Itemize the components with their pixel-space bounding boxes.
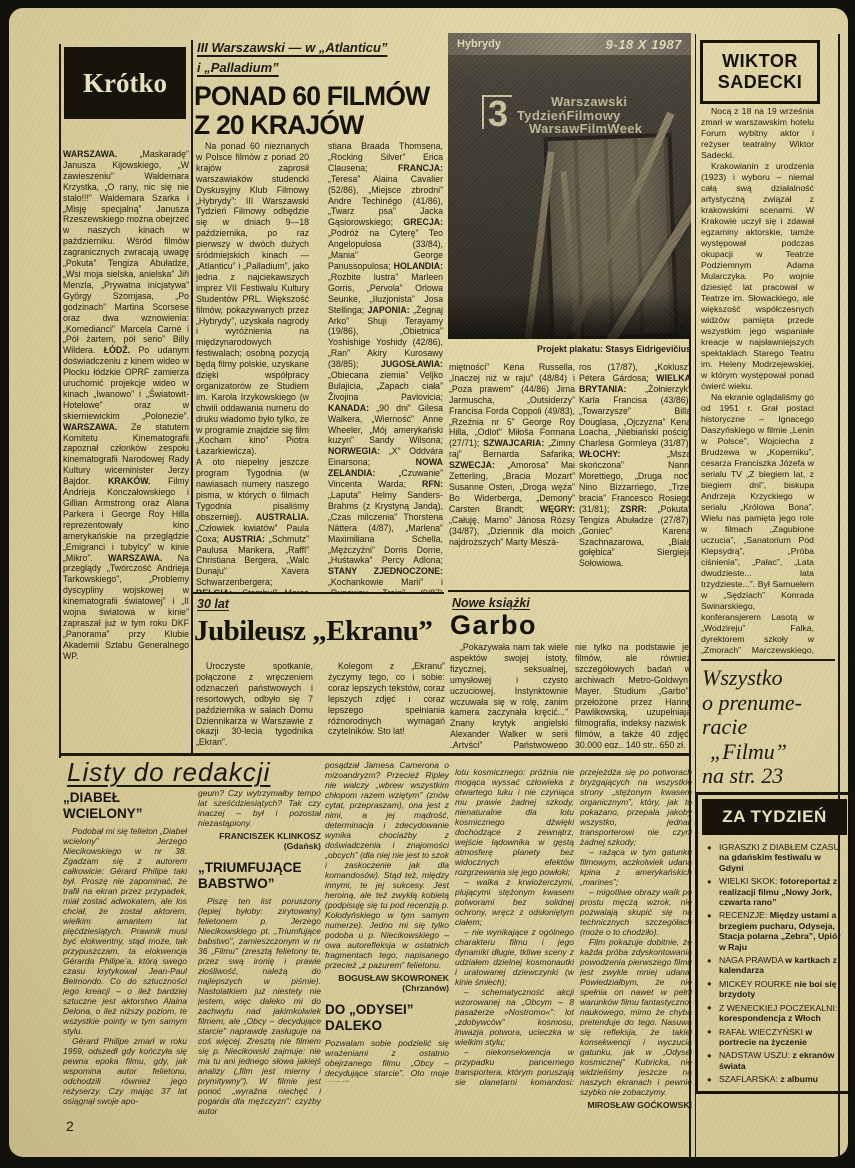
poster-caption: Projekt plakatu: Stasys Eidrigevičius xyxy=(448,344,691,354)
bullet-icon: ● xyxy=(707,956,712,966)
newspaper-page: Krótko WARSZAWA. „Maskaradę” Janusza Kij… xyxy=(0,0,855,1168)
article-column-2: stiana Braada Thomsena, „Rocking Silver”… xyxy=(328,141,443,593)
rule-above-prenumerata xyxy=(701,659,835,661)
letter1-text-part2: geum? Czy wytrzymałby tempo lat sześćdzi… xyxy=(198,788,321,828)
bullet-icon: ● xyxy=(707,843,712,853)
garbo-title: Garbo xyxy=(450,610,537,641)
letter1-text-part1: Podobał mi się felieton „Diabeł wcielony… xyxy=(63,826,187,1106)
sadecki-title-line2: SADECKI xyxy=(718,72,803,93)
letter3-heading: DO „ODYSEI” DALEKO xyxy=(325,1002,449,1033)
za-tydzien-item: ●NADSTAW USZU: z ekranów świata xyxy=(707,1050,844,1071)
za-tydzien-item: ●Z WENECKIEJ POCZEKALNI: korespondencja … xyxy=(707,1003,844,1024)
poster-label-hybrydy: Hybrydy xyxy=(457,38,501,50)
letter-column-5: przejeżdża się po potworach bryzgających… xyxy=(580,767,692,1112)
garbo-kicker: Nowe książki xyxy=(452,596,530,610)
article-headline: PONAD 60 FILMÓW Z 20 KRAJÓW xyxy=(194,82,450,140)
sadecki-header-box: WIKTOR SADECKI xyxy=(700,40,820,104)
garbo-col2: nie tylko na podstawie jej filmów, ale r… xyxy=(575,642,691,748)
bullet-icon: ● xyxy=(707,1003,712,1013)
za-tydzien-list: ●IGRASZKI Z DIABŁEM CZASU na gdańskim fe… xyxy=(707,842,844,1085)
bullet-icon: ● xyxy=(707,911,712,921)
letter3-text-part3: przejeżdża się po potworach bryzgających… xyxy=(580,767,692,1097)
letter1-signature: FRANCISZEK KLINKOSZ (Gdańsk) xyxy=(198,831,321,851)
bullet-icon: ● xyxy=(707,979,712,989)
letter2-text-part1: Piszę ten list poruszony (lepiej byłoby:… xyxy=(198,896,321,1116)
letter3-text-part2: lotu kosmicznego: próżnia nie mogąca wys… xyxy=(455,767,574,1085)
za-tydzien-item: ●RAFAŁ WIECZYŃSKI w portrecie na życzeni… xyxy=(707,1027,844,1048)
sadecki-text: Nocą z 18 na 19 września zmarł w warszaw… xyxy=(701,106,814,654)
letter2-heading: „TRIUMFUJĄCE BABSTWO” xyxy=(198,860,321,891)
letter3-text-part1: Pozwalam sobie podzielić się wrażeniami … xyxy=(325,1038,449,1082)
sadecki-title-line1: WIKTOR xyxy=(722,51,798,72)
jubileusz-kicker: 30 lat xyxy=(197,597,229,611)
za-tydzien-item: ●IGRASZKI Z DIABŁEM CZASU na gdańskim fe… xyxy=(707,842,844,873)
za-tydzien-box: ZA TYDZIEŃ ●IGRASZKI Z DIABŁEM CZASU na … xyxy=(695,792,854,1094)
letter-column-3: posądzał Jamesa Camerona o mizoandryzm? … xyxy=(325,760,449,1082)
letter1-column: „DIABEŁ WCIELONY” Podobał mi się felieto… xyxy=(63,790,187,1114)
page-number: 2 xyxy=(66,1118,74,1134)
za-tydzien-item: ●SZAFLARSKA: z albumu xyxy=(707,1074,844,1084)
article-column-1: Na ponad 60 nieznanych w Polsce filmów z… xyxy=(196,141,309,593)
poster-top-strip: Hybrydy 9-18 X 1987 xyxy=(448,33,691,55)
poster-label-dates: 9-18 X 1987 xyxy=(606,37,682,52)
prenumerata-ad: Wszystko o prenume- racie „Filmu” na str… xyxy=(702,666,834,789)
krotko-title: Krótko xyxy=(83,68,167,99)
letter2-signature: BOGUSŁAW SKOWRONEK (Chrzanów) xyxy=(325,973,449,993)
poster-logo-line1: Warszawski xyxy=(551,95,642,109)
rule-above-garbo xyxy=(448,590,691,592)
jubileusz-col2: Kolegom z „Ekranu” życzymy tego, co i so… xyxy=(328,661,445,747)
krotko-text: WARSZAWA. „Maskaradę” Janusza Kijowskieg… xyxy=(63,149,189,757)
poster-logo-line2: TydzieńFilmowy xyxy=(517,109,642,123)
bullet-icon: ● xyxy=(707,1075,712,1085)
listy-title: Listy do redakcji xyxy=(67,757,270,788)
za-tydzien-header: ZA TYDZIEŃ xyxy=(702,799,847,835)
poster-ground-shadow xyxy=(448,293,691,339)
prenumerata-line: racie xyxy=(702,715,834,740)
prenumerata-line: o prenume- xyxy=(702,691,834,716)
prenumerata-line: na str. 23 xyxy=(702,764,834,789)
poster-logo-number: 3 xyxy=(482,95,512,129)
letter2-text-part2: posądzał Jamesa Camerona o mizoandryzm? … xyxy=(325,760,449,970)
letter-column-4: lotu kosmicznego: próżnia nie mogąca wys… xyxy=(455,767,574,1085)
bullet-icon: ● xyxy=(707,1051,712,1061)
garbo-col1: „Pokazywała nam tak wiele aspektów swoje… xyxy=(450,642,568,748)
krotko-header: Krótko xyxy=(64,47,186,119)
za-tydzien-item: ●NAGA PRAWDA w kartkach z kalendarza xyxy=(707,955,844,976)
prenumerata-line: „Filmu” xyxy=(702,740,834,765)
letter-column-2: geum? Czy wytrzymałby tempo lat sześćdzi… xyxy=(198,788,321,1150)
article-column-4: ros (17/87), „Koklusz” Pétera Gárdosa; W… xyxy=(579,362,691,590)
article-kicker: III Warszawski — w „Atlanticu” i „Pallad… xyxy=(197,38,449,78)
za-tydzien-item: ●MICKEY ROURKE nie boi się brzydoty xyxy=(707,979,844,1000)
jubileusz-col1: Uroczyste spotkanie, połączone z wręczen… xyxy=(196,661,313,747)
rule-left xyxy=(59,44,61,758)
article-column-3: miętności” Kena Russella, „Inaczej niż w… xyxy=(449,362,575,590)
za-tydzien-item: ●WIELKI SKOK: fotoreportaż z realizacji … xyxy=(707,876,844,907)
poster-festival-logo: 3 Warszawski TydzieńFilmowy WarsawFilmWe… xyxy=(482,95,642,136)
rule-mid xyxy=(191,40,193,756)
bullet-icon: ● xyxy=(707,1027,712,1037)
bullet-icon: ● xyxy=(707,877,712,887)
za-tydzien-item: ●RECENZJE: Między ustami a brzegiem puch… xyxy=(707,910,844,952)
jubileusz-title: Jubileusz „Ekranu” xyxy=(194,615,450,648)
prenumerata-line: Wszystko xyxy=(702,666,834,691)
letter3-signature: MIROSŁAW GOĆKOWSKI (Olsztyn) xyxy=(580,1100,692,1112)
festival-poster-image: Hybrydy 9-18 X 1987 3 Warszawski Tydzień… xyxy=(448,33,691,339)
letter1-heading: „DIABEŁ WCIELONY” xyxy=(63,790,187,821)
